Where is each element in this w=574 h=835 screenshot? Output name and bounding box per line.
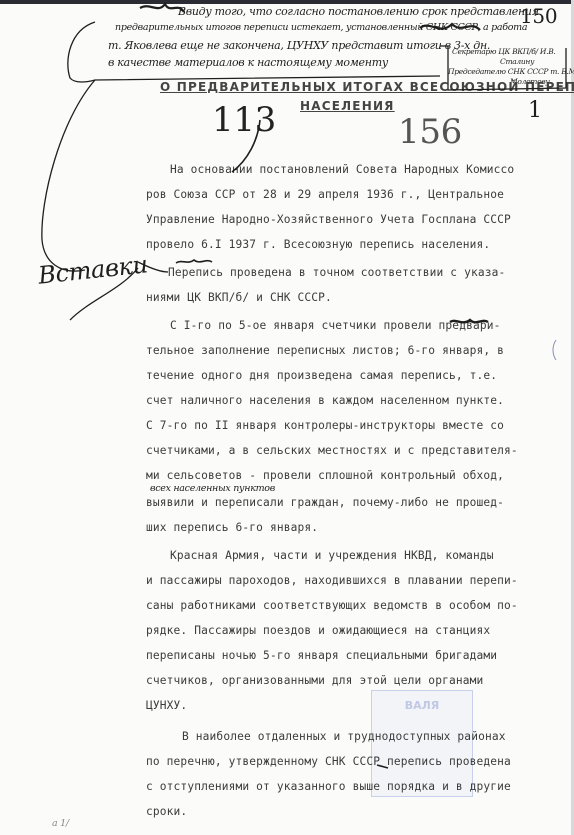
body-line: Перепись проведена в точном соответствии… [168,266,505,279]
body-line: саны работниками соответствующих ведомст… [146,599,518,612]
body-line: Красная Армия, части и учреждения НКВД, … [170,549,494,562]
handwritten-insert: всех населенных пунктов [150,483,275,494]
body-line: счетчиков, организованными для этой цели… [146,674,483,687]
handwritten-note-line-2: предварительных итогов переписи истекает… [115,22,527,33]
handwritten-note-line-1: Ввиду того, что согласно постановлению с… [178,5,539,18]
body-line: С 7-го по II января контролеры-инструкто… [146,419,504,432]
body-line: Управление Народно-Хозяйственного Учета … [146,213,511,226]
body-line: сроки. [146,805,187,818]
body-line: течение одного дня произведена самая пер… [146,369,497,382]
document-title-line-2: НАСЕЛЕНИЯ [300,99,395,113]
address-line-3: Председателю СНК СССР т. В.М. [448,67,574,76]
body-line: ми сельсоветов - провели сплошной контро… [146,469,504,482]
body-line: С I-го по 5-ое января счетчики провели п… [170,319,501,332]
body-line: с отступлениями от указанного выше поряд… [146,780,511,793]
handwritten-note-line-4: в качестве материалов к настоящему момен… [108,56,388,69]
handwritten-note-line-3: т. Яковлева еще не закончена, ЦУНХУ пред… [108,39,490,52]
body-line: ров Союза ССР от 28 и 29 апреля 1936 г.,… [146,188,504,201]
address-line-2: Сталину [500,57,534,66]
body-line: В наиболее отдаленных и труднодоступных … [182,730,506,743]
address-line-1: Секретарю ЦК ВКП/б/ И.В. [452,47,556,56]
body-line: На основании постановлений Совета Народн… [170,163,514,176]
body-line: счет наличного населения в каждом населе… [146,394,504,407]
body-line: ниями ЦК ВКП/б/ и СНК СССР. [146,291,332,304]
body-line: и пассажиры пароходов, находившихся в пл… [146,574,518,587]
document-title-line-1: О ПРЕДВАРИТЕЛЬНЫХ ИТОГАХ ВСЕСОЮЗНОЙ ПЕРЕ… [160,80,574,94]
body-line: тельное заполнение переписных листов; 6-… [146,344,504,357]
scan-top-border [0,0,574,4]
archive-number-113: 113 [212,100,276,140]
pen-strokes [0,0,574,835]
body-line: по перечню, утвержденному СНК СССР переп… [146,755,511,768]
bottom-mark: а 1/ [52,818,69,829]
archive-number-156: 156 [398,112,462,152]
body-line: провело 6.I 1937 г. Всесоюзную перепись … [146,238,490,251]
corner-mark: 150 [520,4,557,28]
body-line: ших перепись 6-го января. [146,521,318,534]
document-page: ВАЛЯ Ввиду того, что согласно постановле… [0,0,574,835]
margin-annotation: Вставки [37,250,149,289]
page-number: 1 [528,98,542,123]
body-line: счетчиками, а в сельских местностях и с … [146,444,518,457]
body-line: переписаны ночью 5-го января специальным… [146,649,497,662]
body-line: ЦУНХУ. [146,699,187,712]
stamp-label: ВАЛЯ [372,699,472,712]
body-line: выявили и переписали граждан, почему-либ… [146,496,504,509]
body-line: рядке. Пассажиры поездов и ожидающиеся н… [146,624,490,637]
